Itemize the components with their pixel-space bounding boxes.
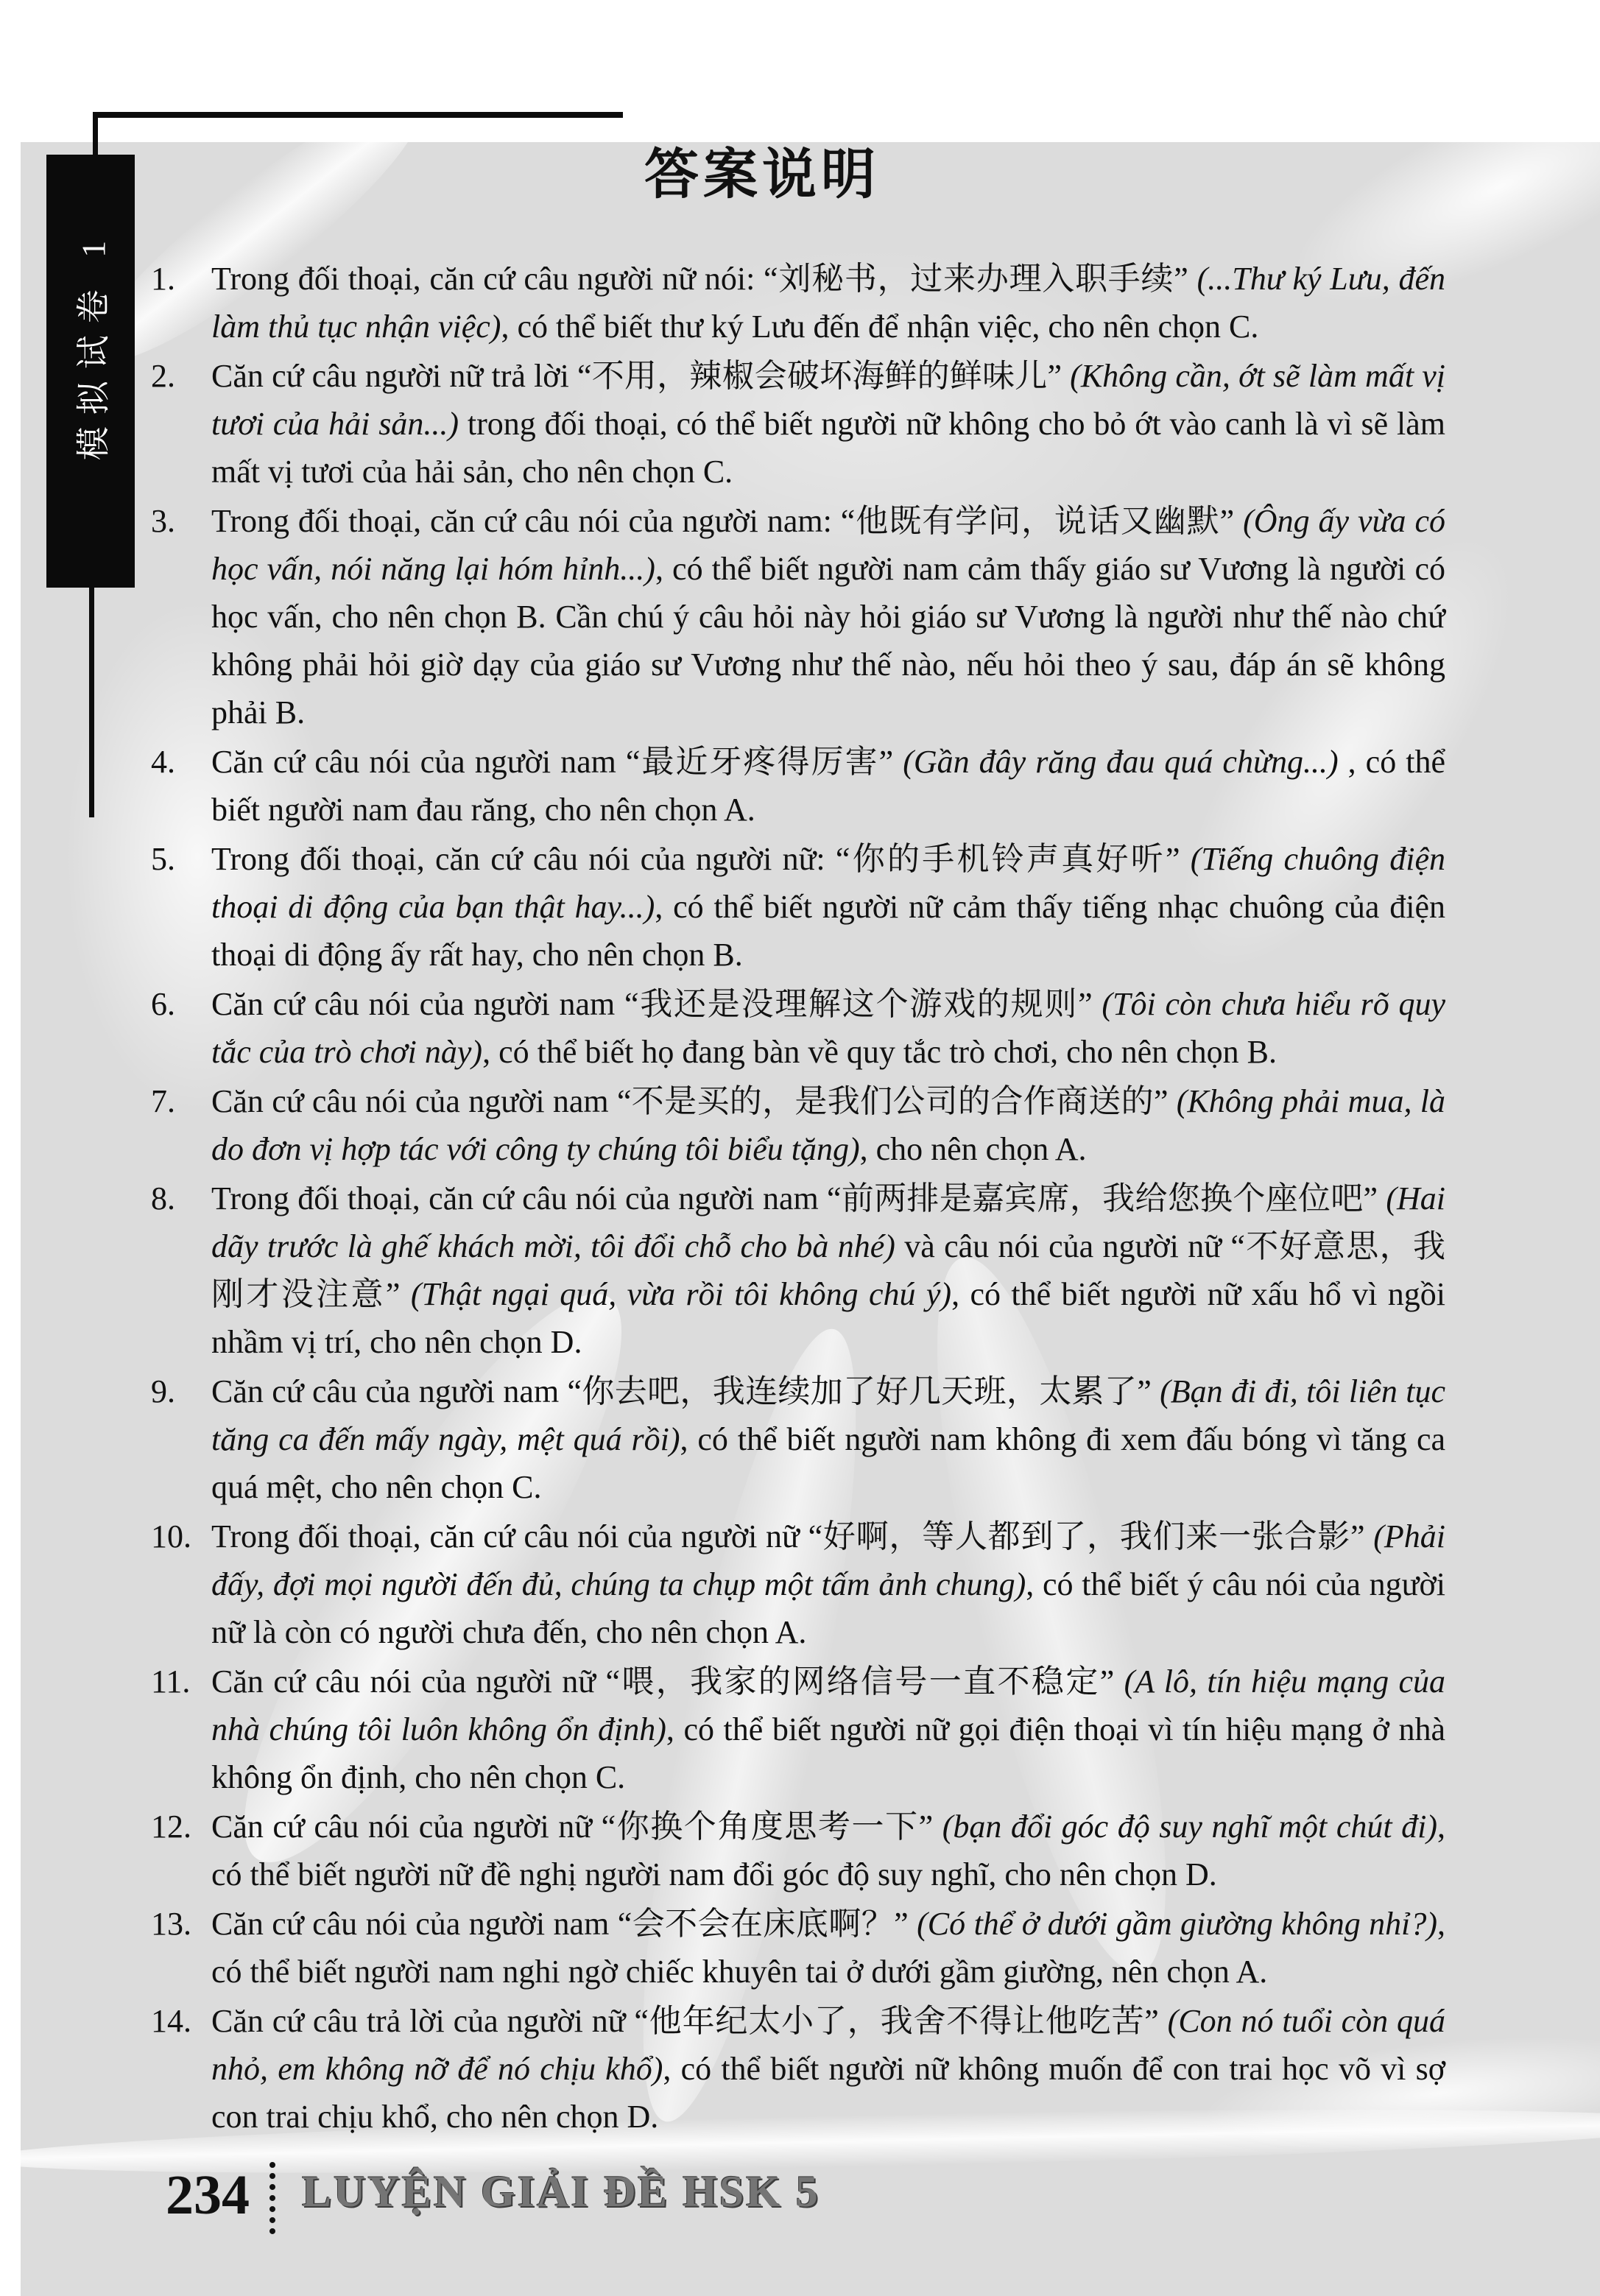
explanation-text: Căn cứ câu nói của người nữ [211, 1809, 602, 1845]
page: 模拟试卷 1 答案说明 1.Trong đối thoại, căn cứ câ… [0, 0, 1600, 2296]
answer-item: 6.Căn cứ câu nói của người nam “我还是没理解这个… [151, 980, 1445, 1076]
footer-divider [269, 2162, 275, 2234]
corner-rule-vertical [93, 112, 98, 156]
chinese-quote: “最近牙疼得厉害” [626, 744, 893, 780]
item-number: 1. [151, 255, 175, 303]
answer-item: 8.Trong đối thoại, căn cứ câu nói của ng… [151, 1175, 1445, 1366]
item-number: 13. [151, 1900, 191, 1948]
chinese-quote: “好啊，等人都到了，我们来一张合影” [808, 1518, 1365, 1554]
sidebar-rule-vertical [89, 588, 94, 817]
chinese-quote: “不用，辣椒会破坏海鲜的鲜味儿” [577, 358, 1062, 394]
chinese-quote: “你的手机铃声真好听” [836, 841, 1180, 877]
sidebar-tab: 模拟试卷 1 [46, 155, 135, 588]
sidebar-tab-label: 模拟试卷 1 [66, 229, 115, 461]
answer-item: 14.Căn cứ câu trả lời của người nữ “他年纪太… [151, 1997, 1445, 2141]
explanation-text: Căn cứ câu của người nam [211, 1373, 568, 1409]
answer-item: 13.Căn cứ câu nói của người nam “会不会在床底啊… [151, 1900, 1445, 1996]
explanation-text: , có thể biết họ đang bàn về quy tắc trò… [482, 1034, 1277, 1070]
item-number: 2. [151, 352, 175, 400]
explanation-text: Trong đối thoại, căn cứ câu người nữ nói… [211, 261, 764, 297]
explanation-text: , cho nên chọn A. [860, 1131, 1087, 1167]
chinese-quote: “会不会在床底啊？” [618, 1906, 909, 1942]
explanation-text: Căn cứ câu nói của người nam [211, 1083, 617, 1119]
explanation-text: Trong đối thoại, căn cứ câu nói của ngườ… [211, 503, 841, 539]
chinese-quote: “刘秘书，过来办理入职手续” [764, 261, 1188, 297]
book-title: LUYỆN GIẢI ĐỀ HSK 5 [302, 2166, 820, 2217]
answer-item: 7.Căn cứ câu nói của người nam “不是买的，是我们… [151, 1077, 1445, 1173]
item-number: 9. [151, 1367, 175, 1415]
item-number: 14. [151, 1997, 191, 2045]
chinese-quote: “你换个角度思考一下” [602, 1809, 934, 1845]
answer-item: 9.Căn cứ câu của người nam “你去吧，我连续加了好几天… [151, 1367, 1445, 1511]
answer-item: 4.Căn cứ câu nói của người nam “最近牙疼得厉害”… [151, 738, 1445, 834]
answer-item: 12.Căn cứ câu nói của người nữ “你换个角度思考一… [151, 1803, 1445, 1898]
chinese-quote: “不是买的，是我们公司的合作商送的” [617, 1083, 1169, 1119]
vietnamese-translation: (Có thể ở dưới gầm giường không nhỉ?) [909, 1906, 1437, 1942]
answer-list: 1.Trong đối thoại, căn cứ câu người nữ n… [151, 255, 1445, 2142]
chinese-quote: “我还是没理解这个游戏的规则” [624, 986, 1093, 1022]
corner-rule-horizontal [94, 112, 623, 118]
vietnamese-translation: (bạn đổi góc độ suy nghĩ một chút đi) [933, 1809, 1437, 1845]
explanation-text: Trong đối thoại, căn cứ câu nói của ngườ… [211, 1180, 827, 1216]
explanation-text: Căn cứ câu nói của người nam [211, 986, 624, 1022]
explanation-text: Căn cứ câu nói của người nam [211, 744, 626, 780]
item-number: 3. [151, 497, 175, 545]
explanation-text: Căn cứ câu nói của người nữ [211, 1663, 605, 1700]
chinese-quote: “你去吧，我连续加了好几天班，太累了” [568, 1373, 1152, 1409]
item-number: 4. [151, 738, 175, 786]
explanation-text: , có thể biết thư ký Lưu đến để nhận việ… [501, 309, 1258, 345]
item-number: 10. [151, 1513, 191, 1560]
explanation-text: Căn cứ câu trả lời của người nữ [211, 2003, 634, 2039]
item-number: 5. [151, 835, 175, 883]
explanation-text: Trong đối thoại, căn cứ câu nói của ngườ… [211, 841, 836, 877]
explanation-text: và câu nói của người nữ [895, 1228, 1230, 1264]
answer-item: 3.Trong đối thoại, căn cứ câu nói của ng… [151, 497, 1445, 736]
explanation-text: Trong đối thoại, căn cứ câu nói của ngườ… [211, 1518, 808, 1554]
answer-item: 5.Trong đối thoại, căn cứ câu nói của ng… [151, 835, 1445, 979]
answer-item: 1.Trong đối thoại, căn cứ câu người nữ n… [151, 255, 1445, 351]
item-number: 11. [151, 1658, 190, 1705]
item-number: 6. [151, 980, 175, 1028]
answer-item: 11.Căn cứ câu nói của người nữ “喂，我家的网络信… [151, 1658, 1445, 1801]
explanation-text: Căn cứ câu nói của người nam [211, 1906, 618, 1942]
chinese-quote: “他年纪太小了，我舍不得让他吃苦” [634, 2003, 1158, 2039]
explanation-text: Căn cứ câu người nữ trả lời [211, 358, 577, 394]
answer-item: 2.Căn cứ câu người nữ trả lời “不用，辣椒会破坏海… [151, 352, 1445, 496]
chinese-quote: “喂，我家的网络信号一直不稳定” [605, 1663, 1114, 1700]
vietnamese-translation: (Gần đây răng đau quá chừng...) [893, 744, 1338, 780]
item-number: 12. [151, 1803, 191, 1850]
vietnamese-translation: (Thật ngại quá, vừa rồi tôi không chú ý) [400, 1276, 951, 1312]
chinese-quote: “他既有学问，说话又幽默” [841, 503, 1234, 539]
page-title: 答案说明 [151, 143, 1373, 208]
page-number: 234 [166, 2163, 250, 2228]
chinese-quote: “前两排是嘉宾席，我给您换个座位吧” [827, 1180, 1378, 1216]
item-number: 7. [151, 1077, 175, 1125]
answer-item: 10.Trong đối thoại, căn cứ câu nói của n… [151, 1513, 1445, 1656]
item-number: 8. [151, 1175, 175, 1222]
